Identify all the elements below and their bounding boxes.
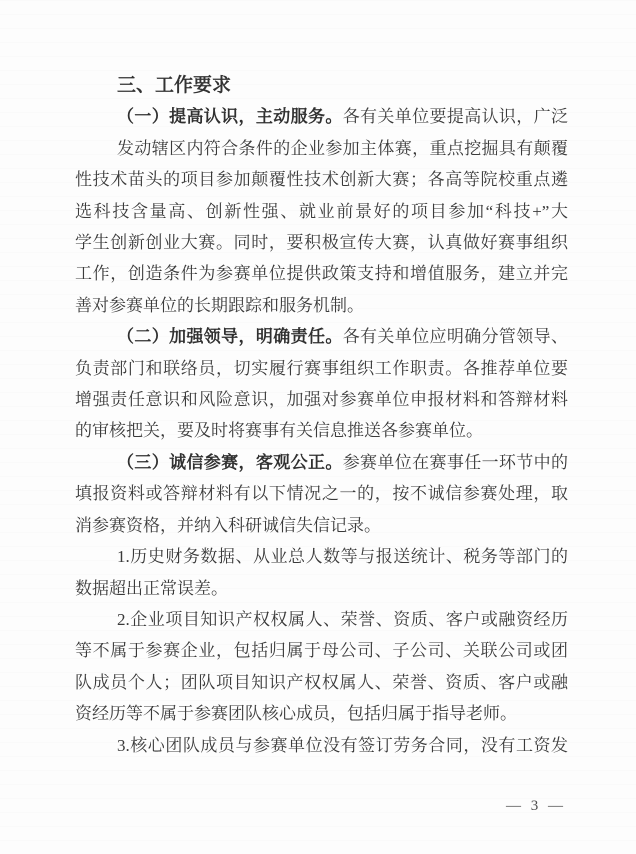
text-line: 负责部门和联络员，切实履行赛事组织工作职责。各推荐单位要 bbox=[75, 353, 568, 384]
text-line: 善对参赛单位的长期跟踪和服务机制。 bbox=[75, 290, 568, 321]
paragraph-lead: （三）诚信参赛，客观公正。 bbox=[117, 453, 343, 472]
line-text: 选科技含量高、创新性强、就业前景好的项目参加“科技+”大 bbox=[75, 202, 568, 221]
line-text: 等不属于参赛企业，包括归属于母公司、子公司、关联公司或团 bbox=[75, 641, 568, 660]
line-text: 参赛单位在赛事任一环节中的 bbox=[343, 453, 568, 472]
line-text: 各有关单位要提高认识，广泛 bbox=[343, 107, 568, 126]
line-text: 学生创新创业大赛。同时，要积极宣传大赛，认真做好赛事组织 bbox=[75, 233, 568, 252]
text-line: （二）加强领导，明确责任。各有关单位应明确分管领导、 bbox=[75, 321, 568, 352]
text-line: 发动辖区内符合条件的企业参加主体赛，重点挖掘具有颠覆 bbox=[75, 133, 568, 164]
text-line: 数据超出正常误差。 bbox=[75, 573, 568, 604]
section-heading: 三、工作要求 bbox=[75, 70, 568, 101]
text-line: 消参赛资格，并纳入科研诚信失信记录。 bbox=[75, 510, 568, 541]
text-line: 等不属于参赛企业，包括归属于母公司、子公司、关联公司或团 bbox=[75, 635, 568, 666]
text-line: 性技术苗头的项目参加颠覆性技术创新大赛；各高等院校重点遴 bbox=[75, 164, 568, 195]
line-text: 队成员个人；团队项目知识产权权属人、荣誉、资质、客户或融 bbox=[75, 673, 568, 692]
text-line: 学生创新创业大赛。同时，要积极宣传大赛，认真做好赛事组织 bbox=[75, 227, 568, 258]
text-line: 工作，创造条件为参赛单位提供政策支持和增值服务，建立并完 bbox=[75, 258, 568, 289]
line-text: 资经历等不属于参赛团队核心成员，包括归属于指导老师。 bbox=[75, 704, 517, 723]
line-text: 的审核把关，要及时将赛事有关信息推送各参赛单位。 bbox=[75, 421, 483, 440]
line-text: 工作，创造条件为参赛单位提供政策支持和增值服务，建立并完 bbox=[75, 264, 568, 283]
page-number: — 3 — bbox=[506, 798, 566, 815]
line-text: 3.核心团队成员与参赛单位没有签订劳务合同，没有工资发 bbox=[117, 736, 568, 755]
line-text: 性技术苗头的项目参加颠覆性技术创新大赛；各高等院校重点遴 bbox=[75, 170, 568, 189]
text-line: 填报资料或答辩材料有以下情况之一的，按不诚信参赛处理，取 bbox=[75, 478, 568, 509]
text-line: 3.核心团队成员与参赛单位没有签订劳务合同，没有工资发 bbox=[75, 730, 568, 761]
line-text: 各有关单位应明确分管领导、 bbox=[343, 327, 568, 346]
paragraph-lead: （一）提高认识，主动服务。 bbox=[117, 107, 343, 126]
line-text: 发动辖区内符合条件的企业参加主体赛，重点挖掘具有颠覆 bbox=[117, 139, 568, 158]
line-text: 负责部门和联络员，切实履行赛事组织工作职责。各推荐单位要 bbox=[75, 359, 568, 378]
line-text: 增强责任意识和风险意识，加强对参赛单位申报材料和答辩材料 bbox=[75, 390, 568, 409]
text-line: （三）诚信参赛，客观公正。参赛单位在赛事任一环节中的 bbox=[75, 447, 568, 478]
text-line: 2.企业项目知识产权权属人、荣誉、资质、客户或融资经历 bbox=[75, 604, 568, 635]
line-text: 数据超出正常误差。 bbox=[75, 579, 228, 598]
document-content: 三、工作要求 （一）提高认识，主动服务。各有关单位要提高认识，广泛发动辖区内符合… bbox=[75, 70, 568, 761]
line-text: 1.历史财务数据、从业总人数等与报送统计、税务等部门的 bbox=[117, 547, 568, 566]
text-line: 的审核把关，要及时将赛事有关信息推送各参赛单位。 bbox=[75, 415, 568, 446]
line-text: 2.企业项目知识产权权属人、荣誉、资质、客户或融资经历 bbox=[117, 610, 568, 629]
document-body: （一）提高认识，主动服务。各有关单位要提高认识，广泛发动辖区内符合条件的企业参加… bbox=[75, 101, 568, 761]
text-line: 增强责任意识和风险意识，加强对参赛单位申报材料和答辩材料 bbox=[75, 384, 568, 415]
text-line: 选科技含量高、创新性强、就业前景好的项目参加“科技+”大 bbox=[75, 196, 568, 227]
document-page: 三、工作要求 （一）提高认识，主动服务。各有关单位要提高认识，广泛发动辖区内符合… bbox=[0, 0, 636, 854]
text-line: 1.历史财务数据、从业总人数等与报送统计、税务等部门的 bbox=[75, 541, 568, 572]
text-line: 资经历等不属于参赛团队核心成员，包括归属于指导老师。 bbox=[75, 698, 568, 729]
paragraph-lead: （二）加强领导，明确责任。 bbox=[117, 327, 343, 346]
line-text: 消参赛资格，并纳入科研诚信失信记录。 bbox=[75, 516, 381, 535]
line-text: 善对参赛单位的长期跟踪和服务机制。 bbox=[75, 296, 364, 315]
text-line: 队成员个人；团队项目知识产权权属人、荣誉、资质、客户或融 bbox=[75, 667, 568, 698]
text-line: （一）提高认识，主动服务。各有关单位要提高认识，广泛 bbox=[75, 101, 568, 132]
line-text: 填报资料或答辩材料有以下情况之一的，按不诚信参赛处理，取 bbox=[75, 484, 568, 503]
